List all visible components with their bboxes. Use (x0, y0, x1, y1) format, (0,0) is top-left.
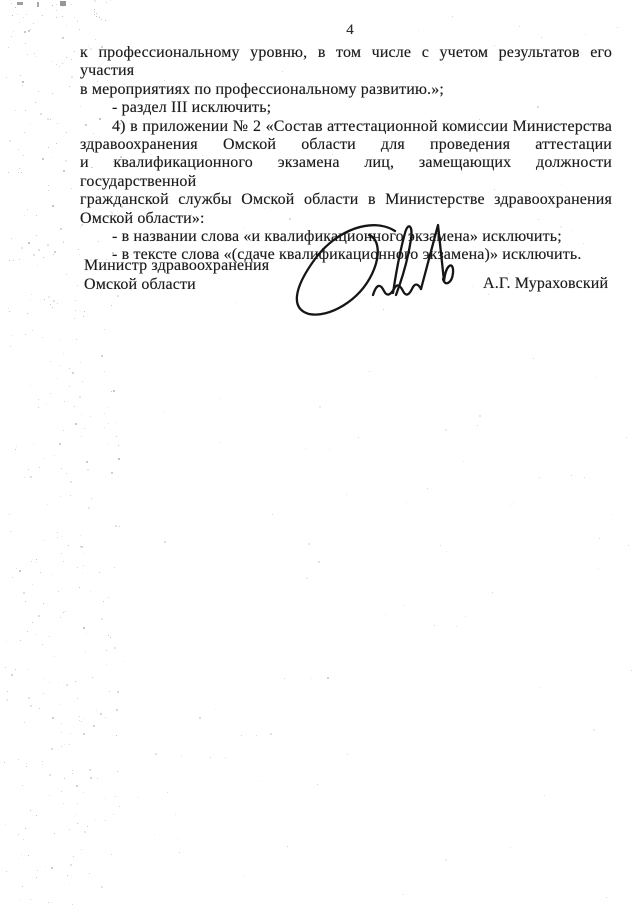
scan-speck (84, 718, 85, 719)
scan-speck (75, 681, 76, 682)
scan-speck (48, 147, 49, 148)
scan-speck (42, 764, 43, 765)
scan-speck (18, 834, 19, 835)
scan-speck (105, 717, 106, 718)
scan-speck (30, 810, 31, 811)
scan-speck (89, 769, 91, 771)
scan-speck (79, 587, 80, 588)
scan-speck (104, 427, 105, 428)
scan-speck (57, 537, 58, 538)
scan-speck (32, 330, 33, 331)
scan-speck (24, 215, 25, 216)
scan-speck (116, 735, 117, 736)
scan-speck (33, 444, 34, 445)
scan-speck (77, 823, 78, 824)
scan-speck (57, 123, 58, 124)
scan-speck (68, 545, 69, 546)
scan-speck (9, 514, 10, 515)
scan-speck (9, 140, 11, 142)
scan-speck (16, 446, 17, 447)
scan-speck (69, 884, 70, 885)
scan-speck (45, 866, 46, 867)
scan-speck (47, 244, 49, 246)
scan-speck (47, 504, 48, 505)
scan-speck (52, 307, 53, 308)
scan-speck (54, 455, 55, 456)
scan-speck (97, 778, 98, 779)
scan-speck (30, 385, 31, 386)
scan-speck (189, 717, 190, 718)
scan-speck (42, 761, 43, 762)
scan-speck (84, 311, 85, 312)
scan-speck (51, 157, 52, 158)
scan-speck (445, 859, 447, 861)
scan-speck (84, 831, 86, 833)
scan-speck (57, 532, 58, 533)
scan-speck (54, 656, 55, 657)
scan-speck (219, 398, 220, 399)
scan-speck (71, 188, 72, 189)
scan-speck (21, 854, 22, 855)
scan-speck (593, 729, 595, 731)
scan-speck (51, 867, 53, 869)
scan-speck (79, 720, 80, 721)
scan-speck (70, 495, 71, 496)
scan-speck (311, 678, 312, 679)
scan-speck (284, 678, 285, 679)
scan-speck (175, 814, 176, 815)
scan-speck (308, 543, 310, 545)
scan-speck (59, 340, 60, 341)
scan-speck (6, 871, 7, 872)
scan-speck (81, 849, 82, 850)
scan-speck (16, 568, 17, 569)
scan-speck (37, 870, 38, 871)
scan-speck (181, 755, 182, 756)
scan-speck (28, 242, 30, 244)
scan-speck (24, 132, 25, 133)
scan-speck (83, 565, 84, 566)
scan-speck (90, 416, 91, 417)
scan-speck (70, 864, 72, 866)
text-line: и квалификационного экзамена лиц, замеща… (80, 154, 612, 191)
scanned-page: 4 к профессиональному уровню, в том числ… (0, 0, 640, 909)
scan-speck (80, 546, 81, 547)
scan-speck (427, 488, 428, 489)
scan-speck (63, 241, 64, 242)
scan-speck (108, 597, 109, 598)
scan-speck (117, 771, 118, 772)
scan-speck (25, 334, 26, 335)
scan-speck (369, 371, 370, 372)
scan-speck (404, 605, 405, 606)
scan-speck (8, 308, 9, 309)
scan-speck (81, 436, 82, 437)
scan-speck (53, 254, 54, 255)
scan-speck (54, 251, 56, 253)
scan-speck (63, 430, 64, 431)
scan-speck (75, 423, 77, 425)
scan-speck (32, 622, 33, 623)
scan-speck (31, 294, 32, 295)
scan-speck (52, 717, 54, 719)
scan-speck (59, 443, 61, 445)
scan-speck (270, 733, 272, 735)
scan-speck (44, 299, 45, 300)
scan-speck (513, 502, 514, 503)
scan-speck (56, 378, 57, 379)
scan-speck (104, 329, 105, 330)
scan-speck (109, 691, 110, 692)
scan-speck (66, 132, 67, 133)
scan-speck (81, 546, 83, 548)
scan-speck (63, 170, 65, 172)
scan-speck (104, 371, 105, 372)
scan-speck (111, 391, 112, 392)
scan-speck (66, 274, 67, 275)
scan-speck (19, 168, 20, 169)
scan-speck (32, 584, 33, 585)
scan-speck (108, 407, 109, 408)
scan-speck (30, 300, 31, 301)
scan-speck (463, 461, 464, 462)
scan-speck (75, 310, 76, 311)
scan-speck (21, 172, 22, 173)
scan-speck (104, 413, 105, 414)
scan-speck (82, 573, 83, 574)
scan-speck (50, 304, 51, 305)
scan-speck (113, 390, 115, 392)
scan-speck (599, 538, 600, 539)
scan-speck (60, 617, 61, 618)
scan-speck (51, 902, 52, 903)
scan-speck (27, 631, 28, 632)
scan-speck (118, 445, 119, 446)
scan-speck (6, 641, 7, 642)
scan-speck (237, 700, 238, 701)
scan-speck (598, 568, 599, 569)
scan-speck (154, 834, 155, 835)
scan-speck (101, 886, 103, 888)
scan-speck (52, 574, 53, 575)
scan-speck (38, 399, 39, 400)
scan-speck (358, 437, 359, 438)
scan-speck (385, 614, 386, 615)
scan-speck (123, 661, 124, 662)
scan-speck (173, 501, 174, 502)
scan-speck (64, 401, 65, 402)
scan-speck (27, 669, 28, 670)
scan-speck (49, 774, 51, 776)
scan-speck (9, 260, 10, 261)
scan-speck (69, 386, 70, 387)
scan-speck (111, 472, 113, 474)
scan-speck (4, 762, 5, 763)
scan-speck (319, 406, 321, 408)
scan-speck (446, 551, 447, 552)
scan-speck (81, 414, 82, 415)
scan-speck (115, 525, 117, 527)
scan-speck (77, 698, 78, 699)
scan-speck (61, 553, 62, 554)
scan-speck (78, 249, 79, 250)
scan-speck (77, 803, 78, 804)
text-line: 4) в приложении № 2 «Состав аттестационн… (80, 118, 612, 136)
scan-speck (36, 559, 37, 560)
scan-speck (79, 396, 81, 398)
scan-speck (84, 553, 85, 554)
scan-speck (83, 733, 85, 735)
scan-speck (90, 777, 92, 779)
scan-speck (26, 766, 27, 767)
scan-speck (81, 721, 82, 722)
scan-speck (116, 436, 117, 437)
scan-speck (220, 442, 221, 443)
scan-speck (63, 612, 64, 613)
scan-speck (43, 693, 44, 694)
scan-speck (258, 781, 259, 782)
scan-speck (90, 591, 91, 592)
scan-speck (74, 318, 75, 319)
scan-speck (76, 785, 78, 787)
scan-speck (6, 699, 8, 701)
scan-speck (10, 531, 11, 532)
scan-speck (8, 172, 9, 173)
scan-speck (43, 458, 44, 459)
scan-speck (30, 705, 32, 707)
scan-speck (96, 710, 97, 711)
scan-speck (11, 238, 12, 239)
scan-speck (445, 379, 446, 380)
scan-speck (28, 697, 30, 699)
scan-speck (179, 852, 180, 853)
scan-speck (5, 824, 6, 825)
scan-speck (110, 637, 111, 638)
scan-speck (64, 744, 65, 745)
scan-speck (508, 273, 509, 274)
scan-speck (36, 235, 37, 236)
scan-speck (18, 149, 19, 150)
scan-speck (533, 358, 534, 359)
scan-speck (236, 302, 237, 303)
scan-speck (42, 337, 43, 338)
scan-speck (77, 285, 78, 286)
scan-speck (210, 757, 211, 758)
scan-speck (63, 803, 64, 804)
scan-speck (113, 814, 114, 815)
scan-speck (106, 664, 107, 665)
scan-speck (48, 190, 49, 191)
scan-speck (631, 670, 632, 671)
scan-speck (606, 897, 607, 898)
scan-speck (79, 716, 80, 717)
scan-speck (167, 792, 168, 793)
scan-speck (28, 855, 29, 856)
scan-speck (63, 353, 64, 354)
scan-speck (21, 247, 23, 249)
scan-speck (272, 514, 273, 515)
scan-speck (46, 404, 47, 405)
scan-speck (571, 475, 572, 476)
scan-speck (76, 339, 77, 340)
scan-speck (243, 875, 244, 876)
scan-speck (48, 902, 49, 903)
scan-speck (164, 411, 165, 412)
scan-speck (23, 155, 24, 156)
scan-speck (65, 160, 67, 162)
scan-speck (225, 757, 226, 758)
scan-speck (477, 425, 478, 426)
scan-speck (80, 535, 81, 536)
scan-speck (39, 708, 40, 709)
scan-speck (63, 242, 64, 243)
scan-speck (83, 627, 85, 629)
scan-speck (30, 123, 31, 124)
scan-speck (199, 717, 201, 719)
scan-speck (164, 541, 166, 543)
scan-speck (327, 677, 329, 679)
scan-speck (75, 814, 76, 815)
scan-speck (456, 626, 457, 627)
scan-speck (472, 286, 473, 287)
scan-speck (66, 473, 67, 474)
scan-speck (584, 477, 585, 478)
scan-speck (36, 562, 37, 563)
signer-name: А.Г. Мураховский (483, 275, 608, 293)
scan-speck (107, 443, 108, 444)
scan-speck (44, 678, 45, 679)
scan-speck (40, 572, 41, 573)
scan-speck (24, 722, 25, 723)
scan-speck (52, 205, 54, 207)
scan-speck (19, 570, 21, 572)
scan-speck (72, 770, 73, 771)
scan-speck (302, 750, 303, 751)
scan-speck (77, 567, 78, 568)
scan-speck (36, 815, 37, 816)
scan-speck (74, 406, 75, 407)
scan-speck (86, 633, 87, 634)
scan-speck (72, 372, 74, 374)
scan-speck (440, 545, 441, 546)
text-line: гражданской службы Омской области в Мини… (80, 191, 612, 209)
scan-speck (341, 815, 342, 816)
text-line: здравоохранения Омской области для прове… (80, 136, 612, 154)
scan-speck (72, 773, 73, 774)
scan-speck (60, 704, 61, 705)
scan-speck (75, 300, 76, 301)
scan-speck (49, 636, 50, 637)
scan-speck (115, 796, 116, 797)
scan-speck (256, 735, 257, 736)
scan-speck (60, 228, 62, 230)
scan-speck (58, 591, 59, 592)
scan-speck (63, 561, 64, 562)
scan-speck (43, 603, 44, 604)
scan-speck (539, 477, 540, 478)
scan-speck (57, 303, 58, 304)
scan-speck (611, 514, 612, 515)
scan-speck (108, 423, 109, 424)
scan-speck (329, 449, 330, 450)
scan-speck (35, 634, 36, 635)
scan-speck (49, 682, 50, 683)
scan-speck (64, 778, 65, 779)
scan-speck (15, 669, 16, 670)
scan-speck (31, 561, 32, 562)
scan-speck (108, 635, 109, 636)
scan-speck (155, 753, 157, 755)
scan-speck (626, 437, 627, 438)
scan-speck (99, 572, 100, 573)
scan-speck (86, 461, 88, 463)
scan-speck (50, 361, 51, 362)
scan-speck (105, 798, 106, 799)
scan-speck (241, 735, 242, 736)
scan-speck (42, 644, 43, 645)
scan-speck (118, 458, 120, 460)
scan-speck (73, 856, 74, 857)
scan-speck (114, 567, 115, 568)
scan-speck (403, 894, 404, 895)
scan-speck (93, 725, 95, 727)
scan-speck (70, 733, 71, 734)
scan-speck (82, 381, 83, 382)
scan-speck (105, 820, 106, 821)
scan-speck (242, 499, 243, 500)
signer-title-line1: Министр здравоохранения (84, 257, 269, 276)
scan-speck (106, 650, 107, 651)
scan-speck (66, 684, 68, 686)
scan-speck (7, 691, 8, 692)
scan-speck (27, 313, 28, 314)
scan-speck (562, 466, 563, 467)
scan-speck (50, 393, 51, 394)
scan-speck (95, 819, 96, 820)
scan-speck (306, 577, 308, 579)
scan-speck (85, 651, 86, 652)
scan-speck (287, 846, 288, 847)
scan-speck (60, 496, 61, 497)
scan-speck (83, 316, 84, 317)
scan-speck (61, 536, 62, 537)
scan-speck (80, 362, 81, 363)
scan-speck (43, 540, 44, 541)
scan-speck (305, 448, 306, 449)
scan-speck (488, 294, 489, 295)
scan-speck (177, 839, 178, 840)
scan-speck (38, 249, 40, 251)
scan-speck (68, 401, 69, 402)
scan-speck (72, 904, 73, 905)
scan-speck (492, 592, 493, 593)
scan-speck (27, 209, 28, 210)
scan-speck (628, 545, 629, 546)
scan-speck (61, 746, 62, 747)
scan-speck (22, 886, 23, 887)
scan-speck (318, 561, 320, 563)
scan-speck (317, 784, 318, 785)
scan-speck (347, 754, 348, 755)
scan-speck (91, 498, 92, 499)
scan-speck (61, 732, 62, 733)
scan-speck (111, 854, 112, 855)
scan-speck (18, 759, 19, 760)
scan-speck (114, 647, 116, 649)
scan-speck (540, 687, 541, 688)
scan-speck (83, 792, 84, 793)
scan-speck (48, 185, 49, 186)
